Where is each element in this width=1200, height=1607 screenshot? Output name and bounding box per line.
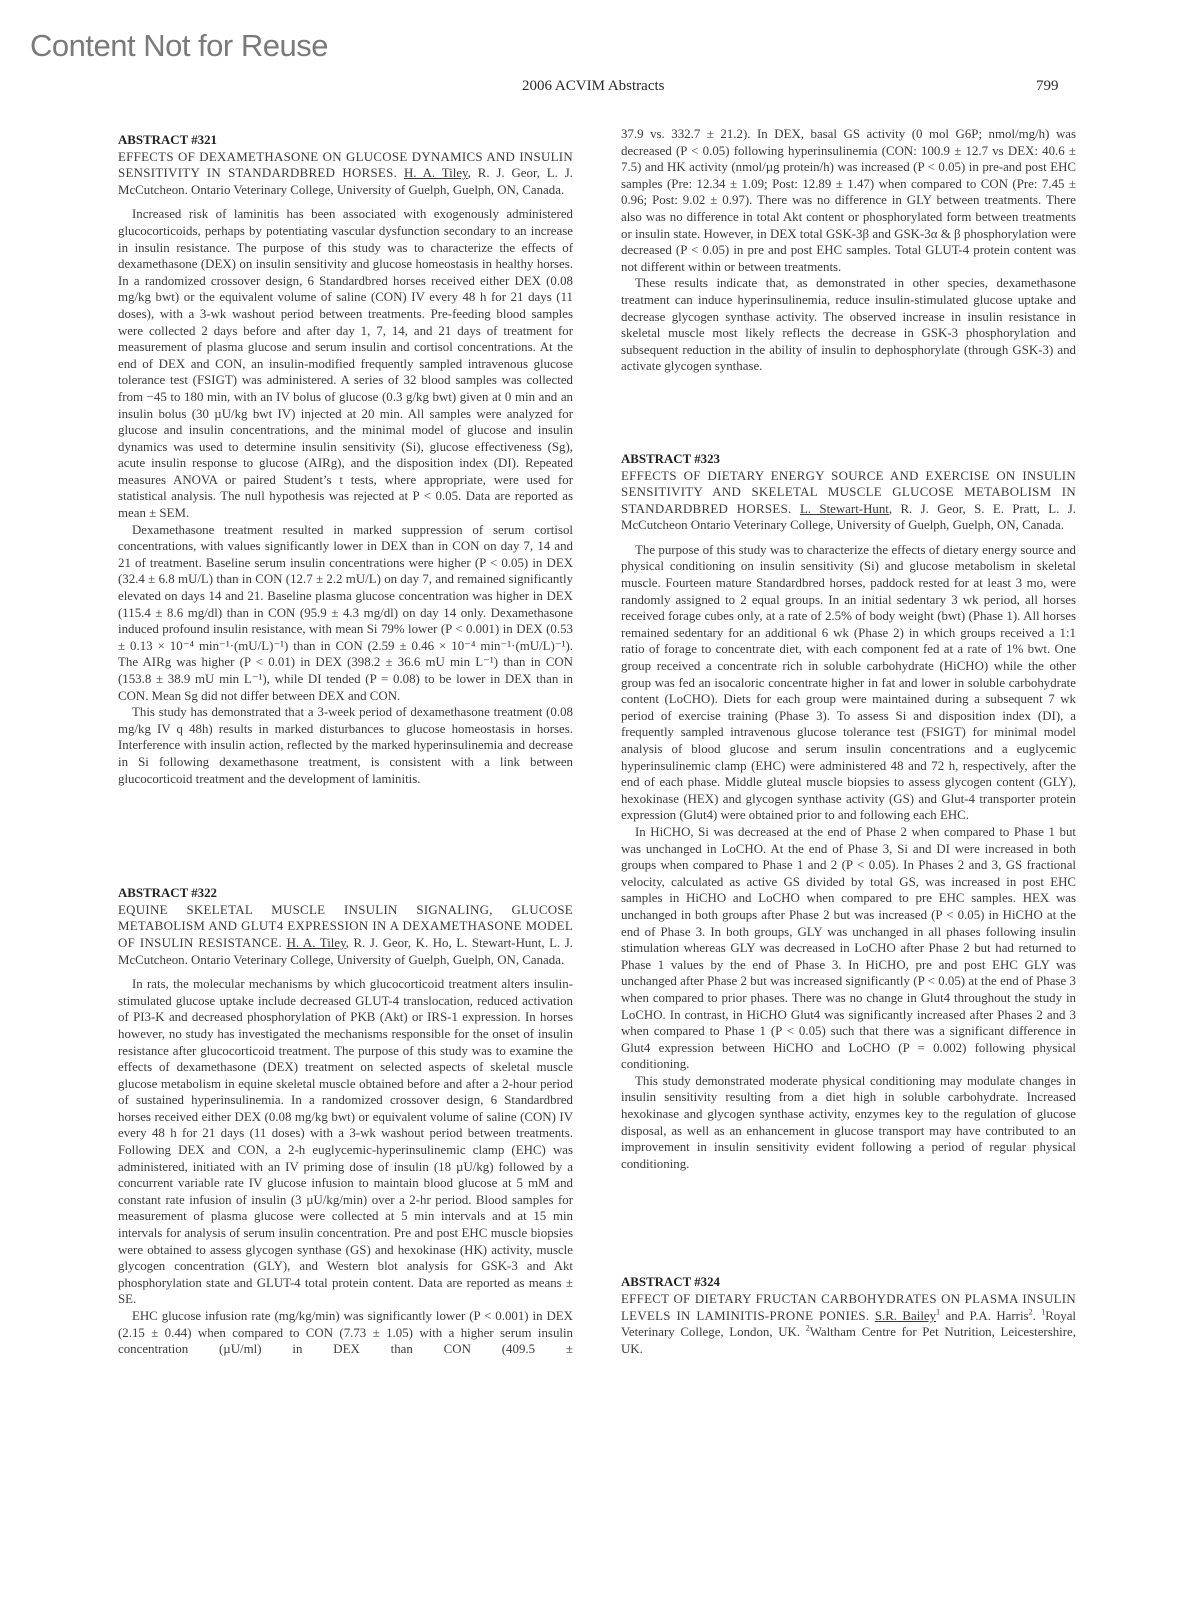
abstract-paragraph: EHC glucose infusion rate (mg/kg/min) wa… xyxy=(118,1308,573,1358)
presenting-author: H. A. Tiley xyxy=(287,936,346,950)
second-author: and P.A. Harris xyxy=(940,1309,1029,1323)
abstract-322: ABSTRACT #322 EQUINE SKELETAL MUSCLE INS… xyxy=(118,885,573,1358)
abstract-paragraph: This study has demonstrated that a 3-wee… xyxy=(118,704,573,787)
abstract-322-continued: 37.9 vs. 332.7 ± 21.2). In DEX, basal GS… xyxy=(621,126,1076,375)
abstract-heading: EFFECTS OF DEXAMETHASONE ON GLUCOSE DYNA… xyxy=(118,149,573,199)
abstract-paragraph: In rats, the molecular mechanisms by whi… xyxy=(118,976,573,1308)
presenting-author: L. Stewart-Hunt xyxy=(800,502,889,516)
abstract-id: ABSTRACT #322 xyxy=(118,885,573,902)
abstract-id: ABSTRACT #324 xyxy=(621,1274,1076,1291)
abstract-324: ABSTRACT #324 EFFECT OF DIETARY FRUCTAN … xyxy=(621,1274,1076,1357)
abstract-323: ABSTRACT #323 EFFECTS OF DIETARY ENERGY … xyxy=(621,451,1076,1173)
abstract-paragraph: 37.9 vs. 332.7 ± 21.2). In DEX, basal GS… xyxy=(621,126,1076,275)
abstract-paragraph: This study demonstrated moderate physica… xyxy=(621,1073,1076,1173)
abstract-id: ABSTRACT #323 xyxy=(621,451,1076,468)
watermark: Content Not for Reuse xyxy=(30,28,328,64)
abstract-paragraph: Increased risk of laminitis has been ass… xyxy=(118,206,573,521)
abstract-id: ABSTRACT #321 xyxy=(118,132,573,149)
left-column: ABSTRACT #321 EFFECTS OF DEXAMETHASONE O… xyxy=(118,132,573,1358)
presenting-author: S.R. Bailey xyxy=(875,1309,936,1323)
page-number: 799 xyxy=(1036,78,1059,95)
abstract-paragraph: In HiCHO, Si was decreased at the end of… xyxy=(621,824,1076,1073)
abstract-heading: EQUINE SKELETAL MUSCLE INSULIN SIGNALING… xyxy=(118,902,573,968)
abstract-paragraph: The purpose of this study was to charact… xyxy=(621,542,1076,824)
presenting-author: H. A. Tiley xyxy=(404,166,468,180)
abstract-321: ABSTRACT #321 EFFECTS OF DEXAMETHASONE O… xyxy=(118,132,573,787)
right-column: 37.9 vs. 332.7 ± 21.2). In DEX, basal GS… xyxy=(621,126,1076,1357)
abstract-paragraph: These results indicate that, as demonstr… xyxy=(621,275,1076,375)
abstract-heading: EFFECT OF DIETARY FRUCTAN CARBOHYDRATES … xyxy=(621,1291,1076,1357)
author-superscript: 2 xyxy=(1029,1307,1033,1316)
journal-title: 2006 ACVIM Abstracts xyxy=(522,78,665,95)
abstract-heading: EFFECTS OF DIETARY ENERGY SOURCE AND EXE… xyxy=(621,468,1076,534)
abstract-paragraph: Dexamethasone treatment resulted in mark… xyxy=(118,522,573,705)
